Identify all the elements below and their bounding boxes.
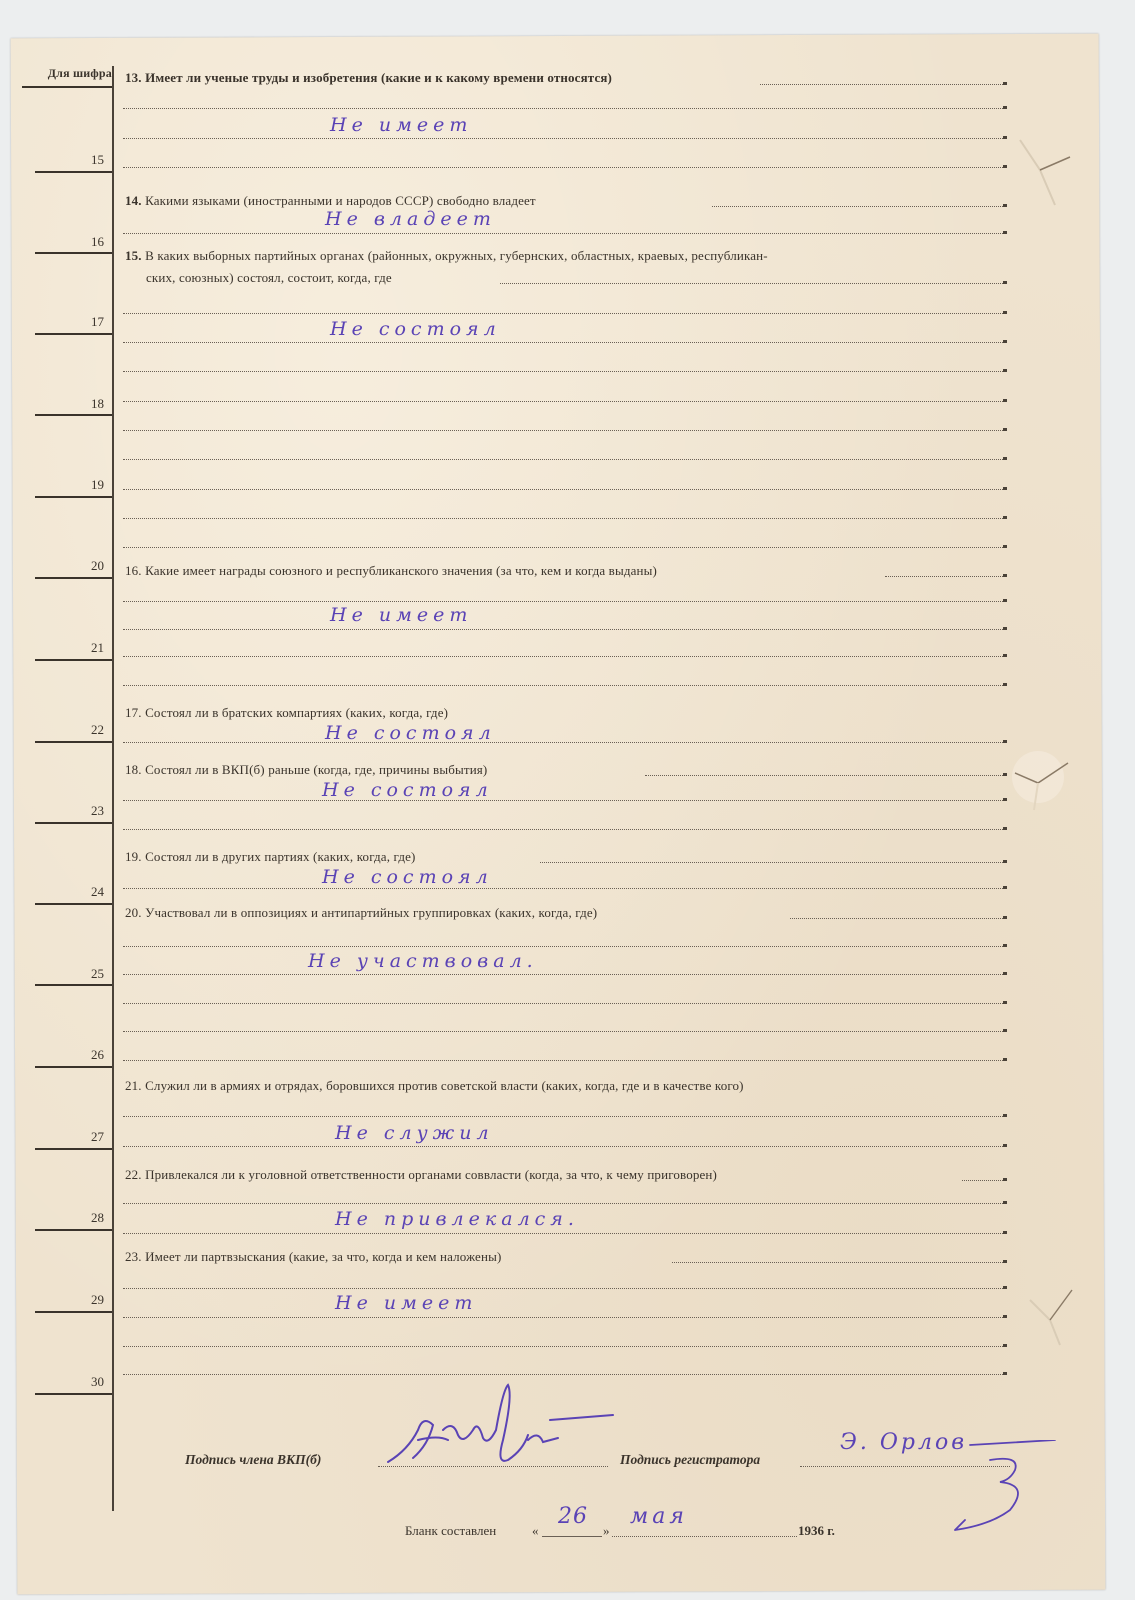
row-number-30: 30 <box>32 1374 104 1390</box>
answer-line <box>123 974 1005 975</box>
cipher-column-divider <box>112 66 114 1511</box>
row-rule-21 <box>35 659 112 661</box>
question-19-answer: Не состоял <box>322 866 493 888</box>
question-20-text: Участвовал ли в оппозициях и антипартийн… <box>145 905 597 920</box>
date-close-quote: » <box>603 1523 610 1539</box>
question-23-answer: Не имеет <box>335 1292 477 1314</box>
question-18-text: Состоял ли в ВКП(б) раньше (когда, где, … <box>145 762 487 777</box>
question-14: 14. Какими языками (иностранными и народ… <box>125 193 536 209</box>
answer-line <box>123 656 1005 657</box>
answer-line <box>123 518 1005 519</box>
answer-line <box>123 1003 1005 1004</box>
paper-crease-bottom <box>1020 1280 1090 1360</box>
question-18-leader <box>645 775 1005 776</box>
question-16-answer: Не имеет <box>330 604 472 626</box>
question-13-number: 13. <box>125 70 142 85</box>
row-rule-19 <box>35 496 112 498</box>
answer-line <box>123 547 1005 548</box>
answer-line <box>123 138 1005 139</box>
row-number-16: 16 <box>32 234 104 250</box>
date-month: мая <box>630 1504 688 1529</box>
question-16: 16. Какие имеет награды союзного и респу… <box>125 563 657 579</box>
answer-line <box>123 1346 1005 1347</box>
question-22-answer: Не привлекался. <box>335 1208 579 1230</box>
row-number-26: 26 <box>32 1047 104 1063</box>
question-21-text: Служил ли в армиях и отрядах, боровшихся… <box>145 1078 744 1093</box>
question-17-text: Состоял ли в братских компартиях (каких,… <box>145 705 448 720</box>
row-number-20: 20 <box>32 558 104 574</box>
answer-line <box>123 1374 1005 1375</box>
question-19-text: Состоял ли в других партиях (каких, когд… <box>145 849 415 864</box>
question-19: 19. Состоял ли в других партиях (каких, … <box>125 849 416 865</box>
question-18-answer: Не состоял <box>322 779 493 801</box>
answer-line <box>123 601 1005 602</box>
question-19-number: 19. <box>125 849 142 864</box>
answer-line <box>123 1146 1005 1147</box>
member-signature: АЗавад <box>378 1380 638 1480</box>
answer-line <box>123 233 1005 234</box>
row-rule-27 <box>35 1148 112 1150</box>
question-18-number: 18. <box>125 762 142 777</box>
question-14-answer: Не владеет <box>325 208 496 230</box>
row-rule-15 <box>35 171 112 173</box>
question-14-leader <box>712 206 1005 207</box>
answer-line <box>123 489 1005 490</box>
question-17: 17. Состоял ли в братских компартиях (ка… <box>125 705 448 721</box>
row-number-28: 28 <box>32 1210 104 1226</box>
answer-line <box>123 1317 1005 1318</box>
answer-line <box>123 629 1005 630</box>
row-number-21: 21 <box>32 640 104 656</box>
question-15-answer: Не состоял <box>330 318 501 340</box>
question-17-number: 17. <box>125 705 142 720</box>
question-15: 15. В каких выборных партийных органах (… <box>125 248 768 264</box>
answer-line <box>123 946 1005 947</box>
paper-crease-top <box>1000 135 1080 215</box>
question-23: 23. Имеет ли партвзыскания (какие, за чт… <box>125 1249 501 1265</box>
question-23-number: 23. <box>125 1249 142 1264</box>
row-rule-23 <box>35 822 112 824</box>
row-rule-20 <box>35 577 112 579</box>
answer-line <box>123 459 1005 460</box>
cipher-column-header: Для шифра <box>22 66 112 81</box>
member-signature-label: Подпись члена ВКП(б) <box>185 1452 321 1468</box>
answer-line <box>123 1233 1005 1234</box>
row-number-19: 19 <box>32 477 104 493</box>
question-15-text: В каких выборных партийных органах (райо… <box>145 248 768 263</box>
question-13-leader <box>760 84 1005 85</box>
form-date-label: Бланк составлен <box>405 1523 496 1539</box>
question-17-answer: Не состоял <box>325 722 496 744</box>
answer-line <box>123 108 1005 109</box>
date-open-quote: « <box>532 1523 539 1539</box>
row-rule-25 <box>35 984 112 986</box>
registrar-signature-label: Подпись регистратора <box>620 1452 760 1468</box>
answer-line <box>123 742 1005 743</box>
row-number-15: 15 <box>32 152 104 168</box>
registrar-signature-flourish <box>950 1440 1070 1540</box>
date-day-line <box>542 1536 602 1537</box>
row-number-29: 29 <box>32 1292 104 1308</box>
row-rule-26 <box>35 1066 112 1068</box>
row-rule-18 <box>35 414 112 416</box>
question-20-answer: Не участвовал. <box>308 950 538 972</box>
answer-line <box>123 1060 1005 1061</box>
question-16-leader <box>885 576 1005 577</box>
question-15-line2: ских, союзных) состоял, состоит, когда, … <box>146 270 392 286</box>
row-rule-16 <box>35 252 112 254</box>
row-number-24: 24 <box>32 884 104 900</box>
question-13-text: Имеет ли ученые труды и изобретения (как… <box>145 70 612 85</box>
row-rule-30 <box>35 1393 112 1395</box>
registrar-signature: Э. Орлов <box>840 1430 967 1455</box>
question-23-text: Имеет ли партвзыскания (какие, за что, к… <box>145 1249 501 1264</box>
paper-crease-middle <box>1010 745 1090 825</box>
question-23-leader <box>672 1262 1005 1263</box>
answer-line <box>123 401 1005 402</box>
answer-line <box>123 1203 1005 1204</box>
row-rule-22 <box>35 741 112 743</box>
answer-line <box>123 1288 1005 1289</box>
row-rule-28 <box>35 1229 112 1231</box>
date-day: 26 <box>558 1504 588 1529</box>
row-number-27: 27 <box>32 1129 104 1145</box>
answer-line <box>123 685 1005 686</box>
question-20-number: 20. <box>125 905 142 920</box>
question-16-number: 16. <box>125 563 142 578</box>
question-15-text-line2: ских, союзных) состоял, состоит, когда, … <box>146 270 392 285</box>
row-rule-17 <box>35 333 112 335</box>
answer-line <box>123 1116 1005 1117</box>
question-22-number: 22. <box>125 1167 142 1182</box>
question-13: 13. Имеет ли ученые труды и изобретения … <box>125 70 612 86</box>
row-number-17: 17 <box>32 314 104 330</box>
question-14-text: Какими языками (иностранными и народов С… <box>145 193 536 208</box>
row-number-18: 18 <box>32 396 104 412</box>
question-21-answer: Не служил <box>335 1122 494 1144</box>
answer-line <box>123 313 1005 314</box>
question-15-leader <box>500 283 1005 284</box>
cipher-header-rule <box>22 86 112 88</box>
question-18: 18. Состоял ли в ВКП(б) раньше (когда, г… <box>125 762 487 778</box>
question-14-number: 14. <box>125 193 142 208</box>
answer-line <box>123 167 1005 168</box>
question-21-number: 21. <box>125 1078 142 1093</box>
question-15-number: 15. <box>125 248 142 263</box>
answer-line <box>123 888 1005 889</box>
member-signature-text: АЗавад <box>378 1380 382 1381</box>
question-13-answer: Не имеет <box>330 114 472 136</box>
question-21: 21. Служил ли в армиях и отрядах, боровш… <box>125 1078 744 1094</box>
row-number-25: 25 <box>32 966 104 982</box>
row-number-22: 22 <box>32 722 104 738</box>
question-22-leader <box>962 1180 1005 1181</box>
answer-line <box>123 430 1005 431</box>
question-20: 20. Участвовал ли в оппозициях и антипар… <box>125 905 597 921</box>
answer-line <box>123 342 1005 343</box>
question-22: 22. Привлекался ли к уголовной ответстве… <box>125 1167 717 1183</box>
row-rule-29 <box>35 1311 112 1313</box>
row-number-23: 23 <box>32 803 104 819</box>
date-month-line <box>612 1536 797 1537</box>
row-rule-24 <box>35 903 112 905</box>
question-19-leader <box>540 862 1005 863</box>
answer-line <box>123 829 1005 830</box>
question-20-leader <box>790 918 1005 919</box>
question-16-text: Какие имеет награды союзного и республик… <box>145 563 657 578</box>
question-22-text: Привлекался ли к уголовной ответственнос… <box>145 1167 717 1182</box>
answer-line <box>123 800 1005 801</box>
answer-line <box>123 1031 1005 1032</box>
date-year: 1936 г. <box>798 1523 835 1539</box>
form-sheet <box>11 34 1106 1595</box>
answer-line <box>123 371 1005 372</box>
